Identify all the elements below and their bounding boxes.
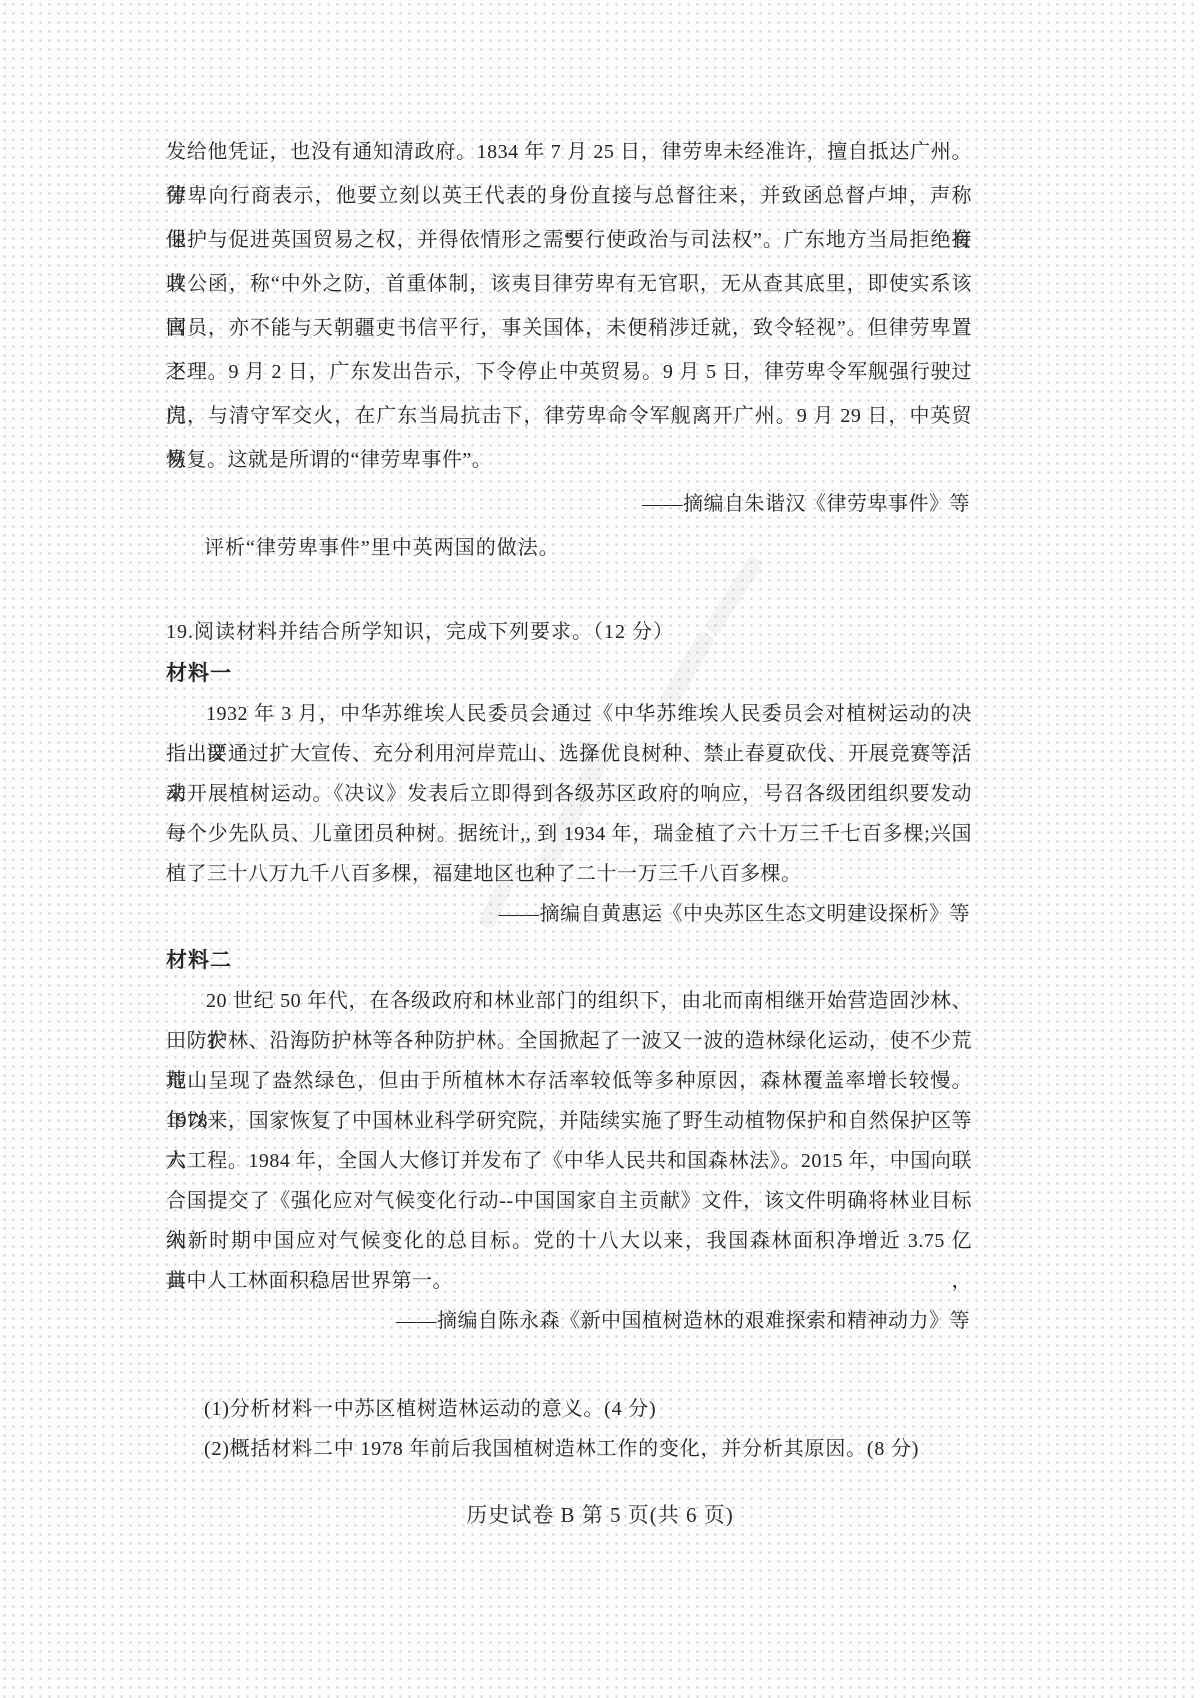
text-line: 大工程。1984 年，全国人大修订并发布了《中华人民共和国森林法》。2015 年… <box>166 1141 972 1181</box>
question-18-task: 评析“律劳卑事件”里中英两国的做法。 <box>166 526 972 570</box>
source-citation: ——摘编自陈永森《新中国植树造林的艰难探索和精神动力》等 <box>166 1301 972 1341</box>
text-line: 劳卑向行商表示，他要立刻以英王代表的身份直接与总督往来，并致函总督卢坤，声称他“… <box>166 174 972 218</box>
text-line: 指出要通过扩大宣传、充分利用河岸荒山、选择优良树种、禁止春夏砍伐、开展竞赛等活动 <box>166 734 972 774</box>
text-line: 其公函，称“中外之防，首重体制，该夷目律劳卑有无官职，无从查其底里，即使实系该国 <box>166 262 972 306</box>
text-line: 荒山呈现了盎然绿色，但由于所植林木存活率较低等多种原因，森林覆盖率增长较慢。19… <box>166 1061 972 1101</box>
sub-question-2: (2)概括材料二中 1978 年前后我国植树造林工作的变化，并分析其原因。(8 … <box>166 1429 972 1469</box>
text-line: 不理。9 月 2 日，广东发出告示，下令停止中英贸易。9 月 5 日，律劳卑令军… <box>166 350 972 394</box>
text-line: 门，与清守军交火，在广东当局抗击下，律劳卑命令军舰离开广州。9 月 29 日，中… <box>166 394 972 438</box>
question-19-stem: 19.阅读材料并结合所学知识，完成下列要求。（12 分） <box>166 610 972 654</box>
sub-question-1: (1)分析材料一中苏区植树造林运动的意义。(4 分) <box>166 1389 972 1429</box>
passage-18-continuation: 发给他凭证，也没有通知清政府。1834 年 7 月 25 日，律劳卑未经准许，擅… <box>166 130 972 482</box>
exam-paper-page: 发给他凭证，也没有通知清政府。1834 年 7 月 25 日，律劳卑未经准许，擅… <box>0 0 1200 1698</box>
text-line: 一个少先队员、儿童团员种树。据统计,, 到 1934 年，瑞金植了六十万三千七百… <box>166 814 972 854</box>
text-column: 发给他凭证，也没有通知清政府。1834 年 7 月 25 日，律劳卑未经准许，擅… <box>166 130 972 1469</box>
page-footer: 历史试卷 B 第 5 页(共 6 页) <box>0 1502 1200 1528</box>
text-line: 植了三十八万九千八百多棵，福建地区也种了二十一万三千八百多棵。 <box>166 854 972 894</box>
text-line: 合国提交了《强化应对气候变化行动--中国国家自主贡献》文件，该文件明确将林业目标… <box>166 1181 972 1221</box>
text-line: 恢复。这就是所谓的“律劳卑事件”。 <box>166 438 972 482</box>
text-line: 入新时期中国应对气候变化的总目标。党的十八大以来，我国森林面积净增近 3.75 … <box>166 1221 972 1261</box>
text-line: 田防护林、沿海防护林等各种防护林。全国掀起了一波又一波的造林绿化运动，使不少荒地 <box>166 1021 972 1061</box>
text-line: 官员，亦不能与天朝疆吏书信平行，事关国体，未便稍涉迁就，致令轻视”。但律劳卑置之 <box>166 306 972 350</box>
material-2-paragraph: 20 世纪 50 年代，在各级政府和林业部门的组织下，由北而南相继开始营造固沙林… <box>166 981 972 1301</box>
text-line: 年以来，国家恢复了中国林业科学研究院，并陆续实施了野生动植物保护和自然保护区等六 <box>166 1101 972 1141</box>
text-line: 来开展植树运动。《决议》发表后立即得到各级苏区政府的响应，号召各级团组织要发动每 <box>166 774 972 814</box>
source-citation: ——摘编自朱谐汉《律劳卑事件》等 <box>166 482 972 526</box>
material-2-label: 材料二 <box>166 941 972 981</box>
text-line: 保护与促进英国贸易之权，并得依情形之需要行使政治与司法权”。广东地方当局拒绝接收 <box>166 218 972 262</box>
source-citation: ——摘编自黄惠运《中央苏区生态文明建设探析》等 <box>166 894 972 934</box>
text-line: 1932 年 3 月，中华苏维埃人民委员会通过《中华苏维埃人民委员会对植树运动的… <box>166 694 972 734</box>
text-line: 发给他凭证，也没有通知清政府。1834 年 7 月 25 日，律劳卑未经准许，擅… <box>166 130 972 174</box>
text-line: 20 世纪 50 年代，在各级政府和林业部门的组织下，由北而南相继开始营造固沙林… <box>166 981 972 1021</box>
material-1-label: 材料一 <box>166 654 972 694</box>
material-1-paragraph: 1932 年 3 月，中华苏维埃人民委员会通过《中华苏维埃人民委员会对植树运动的… <box>166 694 972 894</box>
